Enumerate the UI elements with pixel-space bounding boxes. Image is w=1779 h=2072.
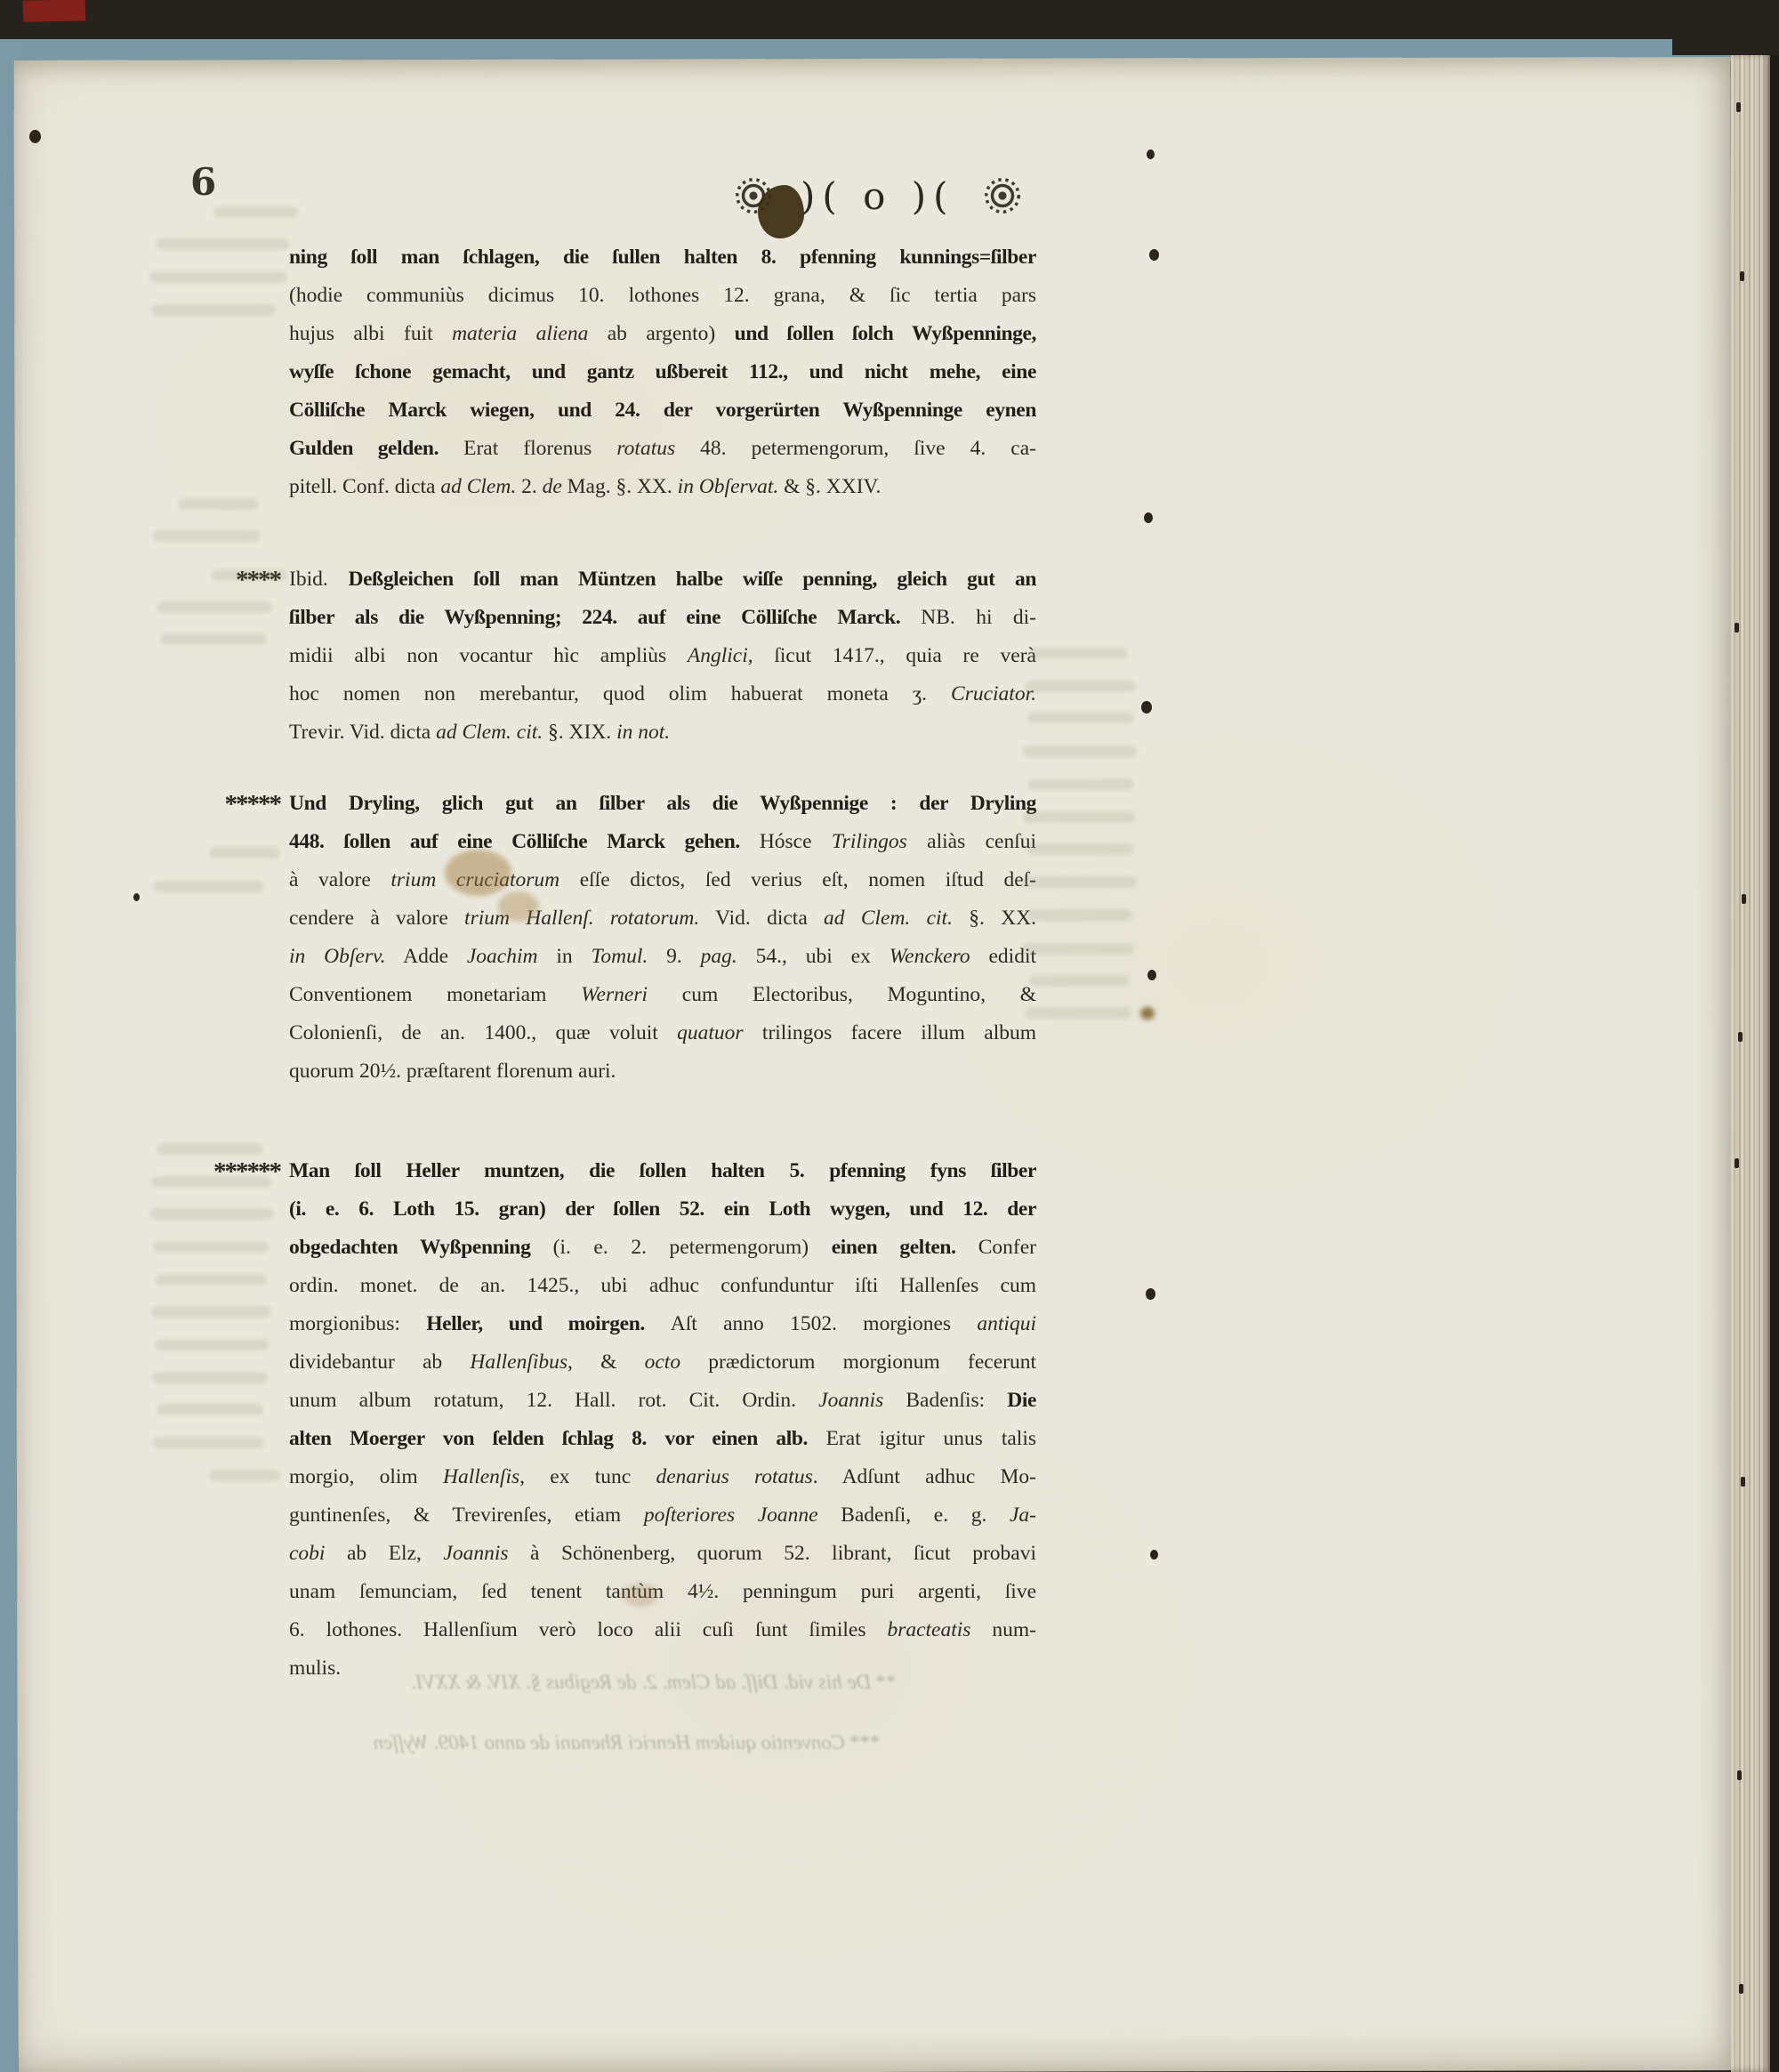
show-through-smudge (153, 1437, 264, 1448)
italic-text-run: ad Clem. cit. (436, 721, 543, 744)
show-through-smudge (160, 633, 267, 645)
text-paragraph-footnote-5star: *****Und Dryling, glich gut an ſilber al… (289, 785, 1036, 1091)
roman-text-run: 48. petermengorum, ſive 4. ca- (675, 437, 1036, 460)
italic-text-run: in Obſervat. (678, 475, 779, 498)
text-line: hoc nomen non merebantur, quod olim habu… (289, 675, 1036, 714)
sewing-hole-speck (133, 893, 140, 901)
show-through-smudge (1023, 943, 1134, 955)
sewing-hole-speck (29, 130, 41, 143)
paper-stain (623, 1584, 658, 1607)
italic-text-run: antiqui (977, 1312, 1036, 1335)
show-through-smudge (209, 1470, 280, 1481)
show-through-smudge (213, 206, 298, 218)
show-through-smudge (156, 238, 289, 250)
roman-text-run: guntinenſes, & Trevirenſes, etiam (289, 1504, 644, 1527)
italic-text-run: in not. (616, 721, 670, 744)
italic-text-run: poſteriores Joanne (644, 1504, 818, 1527)
text-line: wyſſe ſchone gemacht, und gantz ußbereit… (289, 353, 1036, 391)
text-line: ****Ibid. Deßgleichen ſoll man Müntzen h… (289, 560, 1036, 599)
fraktur-text-run: Deßgleichen ſoll man Müntzen halbe wiſſe… (349, 568, 1036, 591)
page-number: 6 (190, 160, 216, 204)
text-line: Colonienſi, de an. 1400., quæ voluit qua… (289, 1014, 1036, 1052)
show-through-smudge (212, 569, 287, 581)
roman-text-run: 54., ubi ex (737, 945, 889, 968)
roman-text-run: pitell. Conf. dicta (289, 475, 440, 498)
show-through-smudge (156, 1274, 267, 1286)
show-through-smudge (1028, 778, 1133, 790)
show-through-smudge (153, 530, 260, 542)
italic-text-run: Cruciator. (951, 682, 1036, 705)
italic-text-run: in Obſerv. (289, 945, 386, 968)
fore-edge-fleck (1736, 102, 1741, 112)
scan-background-right (1770, 0, 1779, 2072)
text-line: *****Und Dryling, glich gut an ſilber al… (289, 785, 1036, 823)
text-line: in Obſerv. Adde Joachim in Tomul. 9. pag… (289, 938, 1036, 976)
text-line: à valore trium cruciatorum eſſe dictos, … (289, 861, 1036, 899)
roman-text-run: cum Electoribus, Moguntino, & (648, 983, 1036, 1006)
roman-text-run: morgio, olim (289, 1465, 443, 1488)
text-line: ordin. monet. de an. 1425., ubi adhuc co… (289, 1267, 1036, 1305)
fraktur-text-run: Die (1007, 1389, 1036, 1412)
show-through-smudge (149, 1208, 274, 1220)
roman-text-run: , & (568, 1350, 645, 1374)
text-line: 6. lothones. Hallenſium verò loco alii c… (289, 1611, 1036, 1649)
roman-text-run: unum album rotatum, 12. Hall. rot. Cit. … (289, 1389, 818, 1412)
show-through-smudge (157, 1143, 263, 1155)
sewing-hole-speck (1147, 149, 1155, 159)
text-line: cobi ab Elz, Joannis à Schönenberg, quor… (289, 1535, 1036, 1573)
italic-text-run: de (543, 475, 562, 498)
roman-text-run: Adde (386, 945, 467, 968)
fraktur-text-run: Man ſoll Heller muntzen, die ſollen halt… (289, 1159, 1036, 1182)
italic-text-run: Werneri (581, 983, 648, 1006)
roman-text-run: Confer (978, 1236, 1036, 1259)
italic-text-run: Joannis (443, 1542, 508, 1565)
roman-text-run: ab argento) (588, 322, 734, 345)
roman-text-run: à valore (289, 868, 390, 891)
text-line: ning ſoll man ſchlagen, die ſullen halte… (289, 238, 1036, 277)
roman-text-run: Trevir. Vid. dicta (289, 721, 436, 744)
text-line: midii albi non vocantur hìc ampliùs Angl… (289, 637, 1036, 675)
fraktur-text-run: wyſſe ſchone gemacht, und gantz ußbereit… (289, 360, 1036, 383)
text-line: morgionibus: Heller, und moirgen. Aſt an… (289, 1305, 1036, 1343)
text-line: Cölliſche Marck wiegen, und 24. der vorg… (289, 391, 1036, 430)
paper-stain (445, 850, 511, 896)
roman-text-run: ab Elz, (325, 1542, 443, 1565)
text-line: pitell. Conf. dicta ad Clem. 2. de Mag. … (289, 468, 1036, 506)
roman-text-run: Badenſis: (883, 1389, 1007, 1412)
show-through-smudge (149, 271, 287, 283)
text-line: ******Man ſoll Heller muntzen, die ſolle… (289, 1152, 1036, 1190)
sewing-hole-speck (1150, 1550, 1158, 1560)
roman-text-run: Erat florenus (439, 437, 616, 460)
text-line: 448. ſollen auf eine Cölliſche Marck geh… (289, 823, 1036, 861)
show-through-smudge (151, 304, 276, 316)
italic-text-run: Tomul. (592, 945, 648, 968)
italic-text-run: quatuor (677, 1021, 743, 1044)
show-through-smudge (1025, 681, 1136, 692)
show-through-smudge (1027, 712, 1134, 723)
fore-edge-fleck (1740, 271, 1744, 281)
roman-text-run: 6. lothones. Hallenſium verò loco alii c… (289, 1618, 887, 1641)
italic-text-run: Joachim (467, 945, 538, 968)
page-stack-fore-edge (1731, 53, 1772, 2072)
text-line: (i. e. 6. Loth 15. gran) der ſollen 52. … (289, 1190, 1036, 1229)
scan-background-corner (1672, 0, 1779, 55)
show-through-smudge (1026, 843, 1133, 855)
show-through-smudge (1030, 648, 1128, 659)
roman-text-run: §. XX. (953, 907, 1036, 930)
show-through-smudge (155, 1339, 269, 1350)
fore-edge-fleck (1742, 894, 1746, 904)
italic-text-run: rotatus (616, 437, 675, 460)
roman-text-run: Aſt anno 1502. morgiones (671, 1312, 978, 1335)
fore-edge-fleck (1737, 1770, 1742, 1780)
italic-text-run: ad Clem. cit. (824, 907, 953, 930)
show-through-text-line: ** De his vid. Diſſ. ad Clem. 2. de Regi… (285, 1671, 1023, 1694)
roman-text-run: & §. XXIV. (778, 475, 881, 498)
show-through-smudge (178, 498, 258, 510)
fraktur-text-run: (i. e. 6. Loth 15. gran) der ſollen 52. … (289, 1197, 1036, 1221)
roman-text-run: Vid. dicta (699, 907, 824, 930)
roman-text-run: §. XIX. (543, 721, 616, 744)
show-through-smudge (1025, 1007, 1131, 1019)
show-through-smudge (1021, 876, 1137, 888)
roman-text-run: Colonienſi, de an. 1400., quæ voluit (289, 1021, 677, 1044)
sewing-hole-speck (1149, 249, 1159, 261)
text-line: Gulden gelden. Erat florenus rotatus 48.… (289, 430, 1036, 468)
text-line: obgedachten Wyßpenning (i. e. 2. peterme… (289, 1229, 1036, 1267)
italic-text-run: bracteatis (887, 1618, 970, 1641)
italic-text-run: Hallenſis (443, 1465, 519, 1488)
fraktur-text-run: Heller, und moirgen. (426, 1312, 671, 1335)
roman-text-run: Mag. §. XX. (562, 475, 678, 498)
fore-edge-fleck (1735, 623, 1739, 633)
red-spine-fragment (23, 0, 85, 22)
roman-text-run: Ibid. (289, 568, 349, 591)
roman-text-run: morgionibus: (289, 1312, 426, 1335)
text-line: Trevir. Vid. dicta ad Clem. cit. §. XIX.… (289, 714, 1036, 752)
roman-text-run: , ſicut 1417., quia re verà (748, 644, 1036, 667)
italic-text-run: materia aliena (452, 322, 588, 345)
scan-background-top (0, 0, 1779, 41)
fraktur-text-run: 448. ſollen auf eine Cölliſche Marck geh… (289, 830, 760, 853)
sewing-hole-speck (1144, 512, 1153, 523)
roman-text-run: cendere à valore (289, 907, 464, 930)
roman-text-run: num- (970, 1618, 1036, 1641)
fraktur-text-run: Cölliſche Marck wiegen, und 24. der vorg… (289, 399, 1036, 422)
roman-text-run: , ex tunc (519, 1465, 656, 1488)
roman-text-run: NB. hi di- (921, 606, 1036, 629)
roman-text-run: hoc nomen non merebantur, quod olim habu… (289, 682, 951, 705)
text-line: Conventionem monetariam Werneri cum Elec… (289, 976, 1036, 1014)
roman-text-run: (hodie communiùs dicimus 10. lothones 12… (289, 284, 1036, 307)
text-paragraph-footnote-4star: ****Ibid. Deßgleichen ſoll man Müntzen h… (289, 560, 1036, 752)
roman-text-run: eſſe dictos, ſed verius eſt, nomen iſtud… (559, 868, 1036, 891)
show-through-smudge (157, 1404, 263, 1415)
show-through-smudge (1027, 909, 1132, 921)
roman-text-run: Conventionem monetariam (289, 983, 581, 1006)
italic-text-run: Joannis (818, 1389, 883, 1412)
fore-edge-fleck (1738, 1032, 1743, 1042)
roman-text-run: in (538, 945, 592, 968)
ornament-center: )( o )( (801, 174, 955, 218)
show-through-smudge (151, 1306, 271, 1318)
roman-text-run: . Adſunt adhuc Mo- (813, 1465, 1036, 1488)
show-through-smudge (153, 1241, 269, 1253)
show-through-text-line: *** Conventio quidem Henrici Rhenani de … (222, 1731, 1032, 1754)
italic-text-run: denarius rotatus (656, 1465, 812, 1488)
text-line: cendere à valore trium Hallenſ. rotatoru… (289, 899, 1036, 938)
sewing-hole-speck (1147, 970, 1156, 980)
fraktur-text-run: Und Dryling, glich gut an ſilber als die… (289, 792, 1036, 815)
fraktur-text-run: einen gelten. (832, 1236, 978, 1259)
italic-text-run: Ja- (1010, 1504, 1036, 1527)
italic-text-run: ad Clem. (440, 475, 516, 498)
fraktur-text-run: obgedachten Wyßpenning (289, 1236, 553, 1259)
roman-text-run: ordin. monet. de an. 1425., ubi adhuc co… (289, 1274, 1036, 1297)
roman-text-run: Erat igitur unus talis (826, 1427, 1036, 1450)
show-through-smudge (157, 601, 272, 613)
text-paragraph-continuation: ning ſoll man ſchlagen, die ſullen halte… (289, 238, 1036, 506)
fraktur-text-run: und ſollen ſolch Wyßpenninge, (735, 322, 1036, 345)
text-line: unum album rotatum, 12. Hall. rot. Cit. … (289, 1382, 1036, 1420)
scanned-book-photograph: 6 )( o )( ning ſoll man ſchlagen, die ſu… (0, 0, 1779, 2072)
fraktur-text-run: Gulden gelden. (289, 437, 439, 460)
show-through-smudge (1029, 975, 1129, 987)
roman-text-run: midii albi non vocantur hìc ampliùs (289, 644, 688, 667)
text-line: morgio, olim Hallenſis, ex tunc denarius… (289, 1458, 1036, 1496)
italic-text-run: pag. (701, 945, 737, 968)
paper-stain (1140, 1007, 1155, 1020)
italic-text-run: Trilingos (832, 830, 907, 853)
roman-text-run: unam ſemunciam, ſed tenent tantùm 4½. pe… (289, 1580, 1036, 1603)
show-through-smudge (152, 1372, 268, 1383)
italic-text-run: Wenckero (889, 945, 970, 968)
footnote-marker: ***** (225, 786, 290, 824)
fore-edge-fleck (1739, 1984, 1743, 1994)
sewing-hole-speck (1146, 1288, 1155, 1300)
text-line: (hodie communiùs dicimus 10. lothones 12… (289, 277, 1036, 315)
text-line: hujus albi fuit materia aliena ab argent… (289, 315, 1036, 353)
roman-text-run: 9. (648, 945, 700, 968)
show-through-smudge (1023, 746, 1137, 757)
show-through-smudge (209, 847, 280, 859)
italic-text-run: Hallenſibus (470, 1350, 568, 1374)
roman-text-run: prædictorum morgionum fecerunt (680, 1350, 1036, 1374)
roman-text-run: 2. (516, 475, 542, 498)
text-line: guntinenſes, & Trevirenſes, etiam poſter… (289, 1496, 1036, 1535)
roman-text-run: Badenſi, e. g. (818, 1504, 1010, 1527)
text-paragraph-footnote-6star: ******Man ſoll Heller muntzen, die ſolle… (289, 1152, 1036, 1688)
roman-text-run: trilingos facere illum album (744, 1021, 1036, 1044)
fore-edge-fleck (1741, 1477, 1745, 1487)
roman-text-run: dividebantur ab (289, 1350, 470, 1374)
roman-text-run: hujus albi fuit (289, 322, 452, 345)
sewing-hole-speck (1141, 701, 1152, 714)
text-line: dividebantur ab Hallenſibus, & octo præd… (289, 1343, 1036, 1382)
text-line: alten Moerger von ſelden ſchlag 8. vor e… (289, 1420, 1036, 1458)
roman-text-run: (i. e. 2. petermengorum) (553, 1236, 832, 1259)
paper-stain (498, 891, 539, 922)
text-line: ſilber als die Wyßpenning; 224. auf eine… (289, 599, 1036, 637)
roman-text-run: Hósce (760, 830, 832, 853)
show-through-smudge (151, 1176, 271, 1188)
ink-blot (758, 185, 804, 238)
right-fleuron-icon (978, 172, 1026, 220)
italic-text-run: Anglici (688, 644, 748, 667)
show-through-smudge (153, 881, 264, 892)
roman-text-run: aliàs cenſui (907, 830, 1036, 853)
fraktur-text-run: ning ſoll man ſchlagen, die ſullen halte… (289, 246, 1036, 269)
show-through-smudge (1023, 811, 1135, 823)
text-line: unam ſemunciam, ſed tenent tantùm 4½. pe… (289, 1573, 1036, 1611)
italic-text-run: octo (645, 1350, 680, 1374)
roman-text-run: à Schönenberg, quorum 52. librant, ſicut… (509, 1542, 1036, 1565)
fraktur-text-run: alten Moerger von ſelden ſchlag 8. vor e… (289, 1427, 826, 1450)
italic-text-run: cobi (289, 1542, 325, 1565)
fraktur-text-run: ſilber als die Wyßpenning; 224. auf eine… (289, 606, 921, 629)
roman-text-run: quorum 20½. præſtarent florenum auri. (289, 1060, 616, 1083)
text-line: quorum 20½. præſtarent florenum auri. (289, 1052, 1036, 1091)
fore-edge-fleck (1735, 1158, 1739, 1168)
